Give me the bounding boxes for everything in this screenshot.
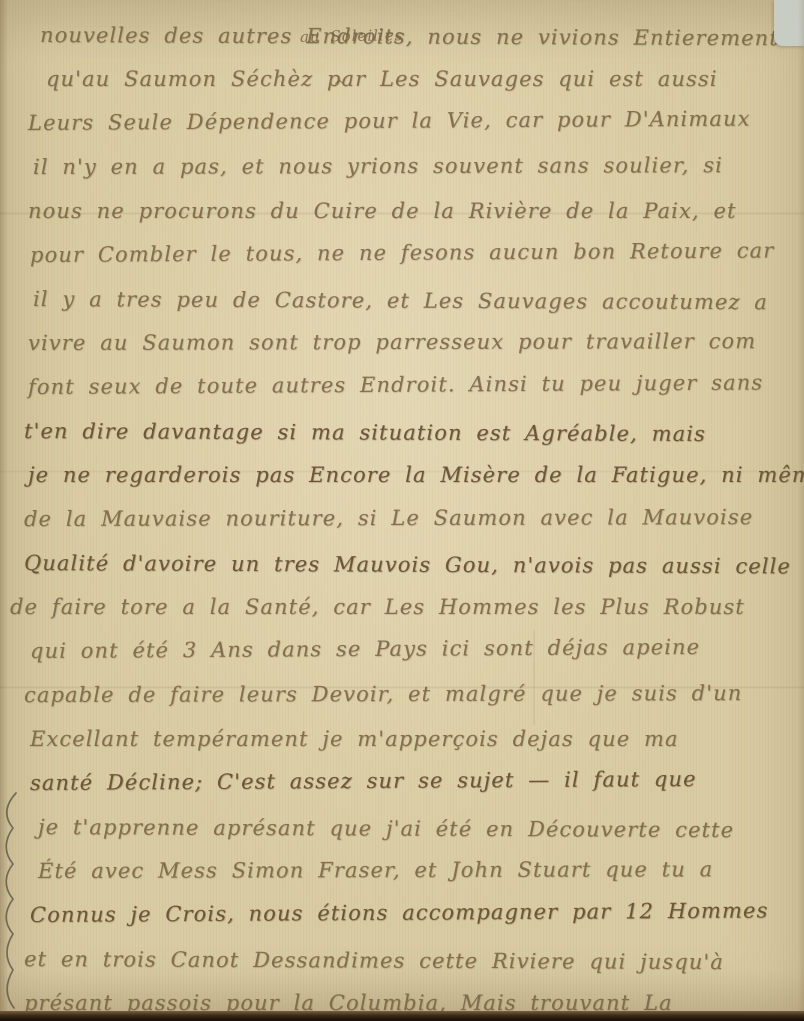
interlinear-insertion: au Soleilles (300, 26, 404, 46)
manuscript-page: nouvelles des autres Endroits, nous ne v… (0, 0, 804, 1021)
manuscript-line: Connus je Crois, nous étions accompagner… (30, 890, 804, 939)
manuscript-line: t'en dire davantage si ma situation est … (24, 411, 804, 458)
insertion-caret-mark: ^ (333, 78, 346, 92)
manuscript-line: nouvelles des autres Endroits, nous ne v… (40, 15, 804, 62)
manuscript-line: de faire tore a la Santé, car Les Hommes… (10, 587, 804, 631)
manuscript-line: de la Mauvaise nouriture, si Le Saumon a… (24, 497, 804, 543)
manuscript-line: je t'apprenne aprésant que j'ai été en D… (38, 807, 804, 854)
manuscript-line: santé Décline; C'est assez sur se sujet … (30, 758, 804, 807)
paper-crease (0, 686, 804, 689)
paper-crease (0, 470, 804, 473)
manuscript-line: je ne regarderois pas Encore la Misère d… (28, 455, 804, 499)
manuscript-line: Été avec Mess Simon Fraser, et John Stua… (38, 849, 804, 895)
paper-crease (533, 630, 535, 725)
manuscript-line: Excellant tempérament je m'apperçois dej… (30, 719, 804, 763)
manuscript-line: capable de faire leurs Devoir, et malgré… (24, 673, 804, 719)
manuscript-line: il y a tres peu de Castore, et Les Sauva… (33, 279, 804, 326)
manuscript-line: et en trois Canot Dessandimes cette Rivi… (24, 939, 804, 986)
manuscript-line: qui ont été 3 Ans dans se Pays ici sont … (30, 626, 804, 675)
paper-crease (0, 212, 804, 215)
manuscript-line: Leurs Seule Dépendence pour la Vie, car … (28, 98, 804, 147)
manuscript-line: pour Combler le tous, ne ne fesons aucun… (30, 230, 804, 279)
scan-right-edge (798, 0, 804, 1021)
manuscript-line: il n'y en a pas, et nous yrions souvent … (33, 145, 804, 191)
letter-body: nouvelles des autres Endroits, nous ne v… (0, 0, 804, 1021)
manuscript-line: qu'au Saumon Séchèz par Les Sauvages qui… (46, 59, 804, 103)
scan-left-edge (0, 0, 8, 1021)
manuscript-line: vivre au Saumon sont trop parresseux pou… (28, 321, 804, 367)
scan-bottom-edge (0, 1011, 804, 1021)
manuscript-line: font seux de toute autres Endroit. Ainsi… (28, 362, 804, 411)
manuscript-line: Qualité d'avoire un tres Mauvois Gou, n'… (24, 543, 804, 590)
